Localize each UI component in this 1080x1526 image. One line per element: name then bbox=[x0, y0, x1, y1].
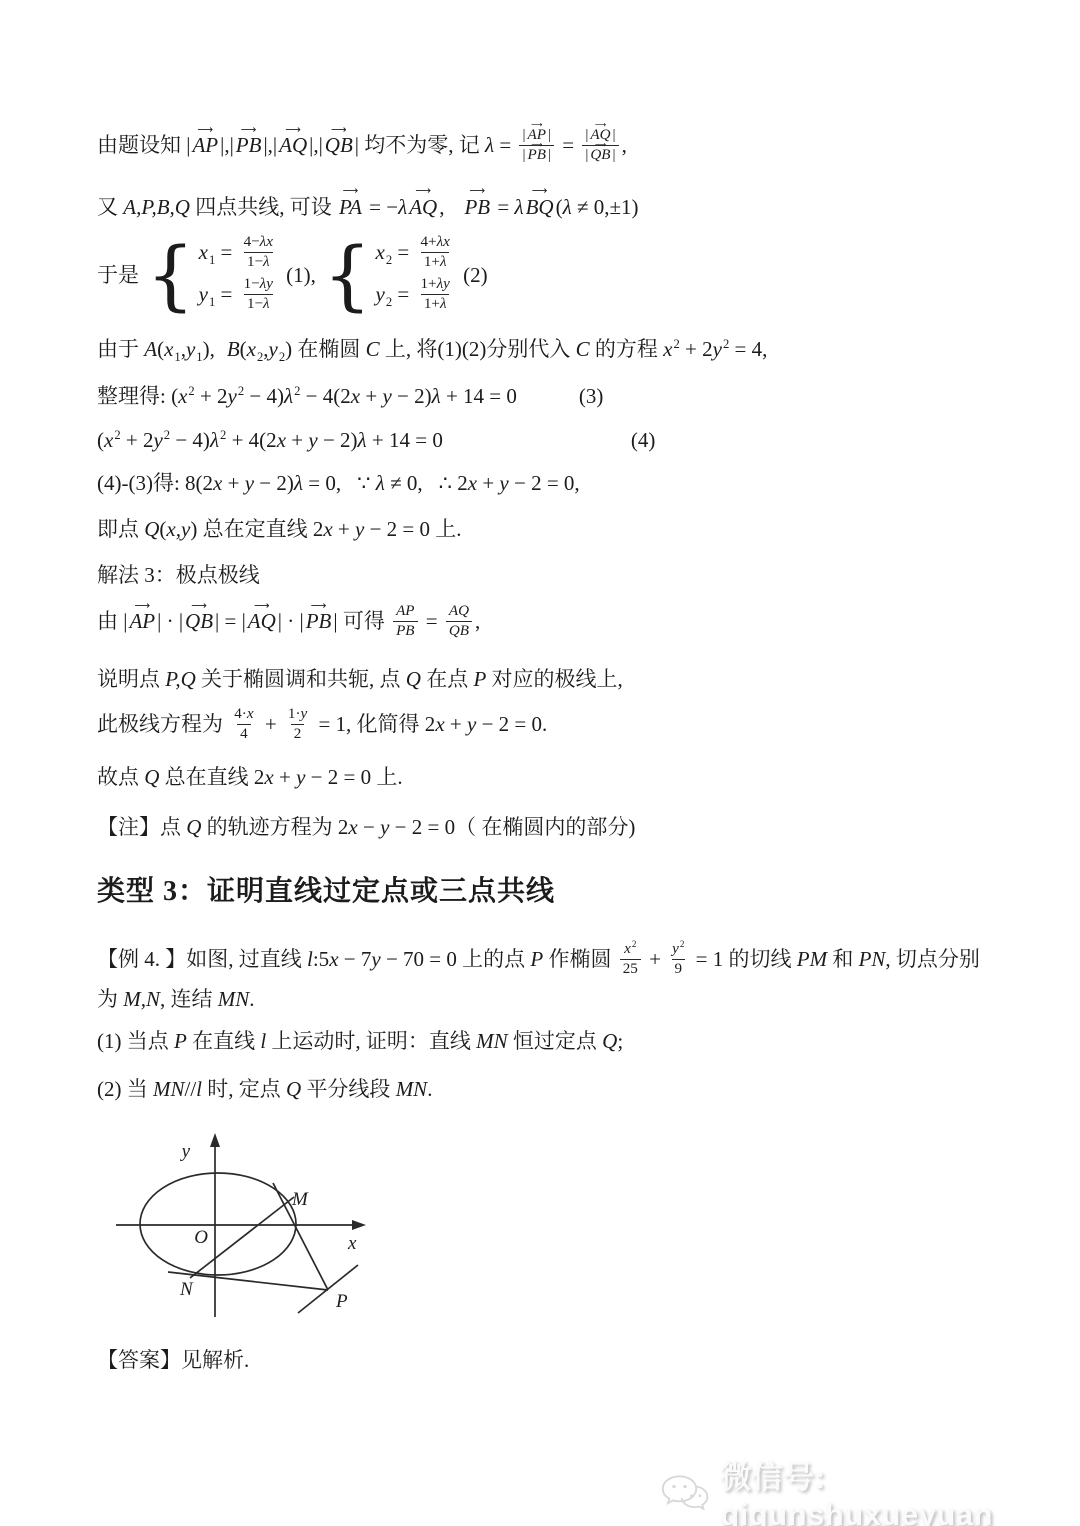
para-system: 于是 {x1 = 4−λx1−λy1 = 1−λy1−λ (1), {x2 = … bbox=[97, 237, 488, 318]
para-method3-title: 解法 3：极点极线 bbox=[97, 560, 260, 590]
para-example4-line2: 为 M,N, 连结 MN. bbox=[97, 984, 255, 1014]
line-l bbox=[298, 1265, 358, 1313]
para-conclusion: 故点 Q 总在直线 2x + y − 2 = 0 上. bbox=[97, 762, 403, 792]
wechat-icon bbox=[660, 1472, 710, 1514]
wechat-label: 微信号: bbox=[720, 1460, 825, 1495]
figure-label-m: M bbox=[291, 1189, 309, 1210]
figure-label-p: P bbox=[335, 1291, 348, 1312]
para-answer: 【答案】见解析. bbox=[97, 1345, 249, 1375]
para-eq4: (x2 + 2y2 − 4)λ2 + 4(2x + y − 2)λ + 14 =… bbox=[97, 425, 655, 455]
para-note: 【注】点 Q 的轨迹方程为 2x − y − 2 = 0（ 在椭圆内的部分) bbox=[97, 812, 635, 842]
figure-label-origin: O bbox=[194, 1227, 208, 1248]
y-axis-arrow-icon bbox=[210, 1133, 220, 1147]
para-polar-given: 由 |AP| · |QB| = |AQ| · |PB| 可得 APPB = AQ… bbox=[97, 604, 480, 643]
wechat-id-text: 微信号: qiqunshuxueyuan bbox=[720, 1452, 1080, 1526]
x-axis-arrow-icon bbox=[352, 1220, 366, 1230]
para-example4-line1: 【例 4. 】如图, 过直线 l:5x − 7y − 70 = 0 上的点 P … bbox=[97, 942, 980, 981]
heading-type3: 类型 3：证明直线过定点或三点共线 bbox=[97, 872, 555, 913]
figure-ellipse-tangent-diagram: y x O M N P bbox=[108, 1121, 378, 1321]
ellipse-curve bbox=[140, 1173, 296, 1275]
para-polar-equation: 此极线方程为 4·x4 + 1·y2 = 1, 化简得 2x + y − 2 =… bbox=[97, 707, 547, 746]
document-page: 由题设知 |AP|,|PB|,|AQ|,|QB| 均不为零, 记 λ = |AP… bbox=[0, 0, 1080, 1526]
figure-label-n: N bbox=[179, 1279, 194, 1300]
para-substitute: 由于 A(x1,y1),B(x2,y2) 在椭圆 C 上, 将(1)(2)分别代… bbox=[97, 334, 767, 364]
wechat-id: qiqunshuxueyuan bbox=[720, 1497, 993, 1526]
watermark-footer: 微信号: qiqunshuxueyuan bbox=[660, 1452, 1080, 1526]
para-setup-nonzero: 由题设知 |AP|,|PB|,|AQ|,|QB| 均不为零, 记 λ = |AP… bbox=[97, 128, 627, 167]
figure-label-x: x bbox=[347, 1233, 357, 1254]
figure-label-y: y bbox=[180, 1141, 191, 1162]
para-question2: (2) 当 MN//l 时, 定点 Q 平分线段 MN. bbox=[97, 1074, 432, 1104]
para-harmonic: 说明点 P,Q 关于椭圆调和共轭, 点 Q 在点 P 对应的极线上, bbox=[97, 664, 623, 694]
para-eq3: 整理得: (x2 + 2y2 − 4)λ2 − 4(2x + y − 2)λ +… bbox=[97, 381, 603, 411]
para-subtract: (4)-(3)得: 8(2x + y − 2)λ = 0,∵ λ ≠ 0,∴ 2… bbox=[97, 468, 580, 498]
para-question1: (1) 当点 P 在直线 l 上运动时, 证明：直线 MN 恒过定点 Q; bbox=[97, 1026, 623, 1056]
para-point-on-line: 即点 Q(x,y) 总在定直线 2x + y − 2 = 0 上. bbox=[97, 514, 462, 544]
para-collinear: 又 A,P,B,Q 四点共线, 可设 PA = −λAQ,PB = λBQ(λ … bbox=[97, 192, 638, 222]
